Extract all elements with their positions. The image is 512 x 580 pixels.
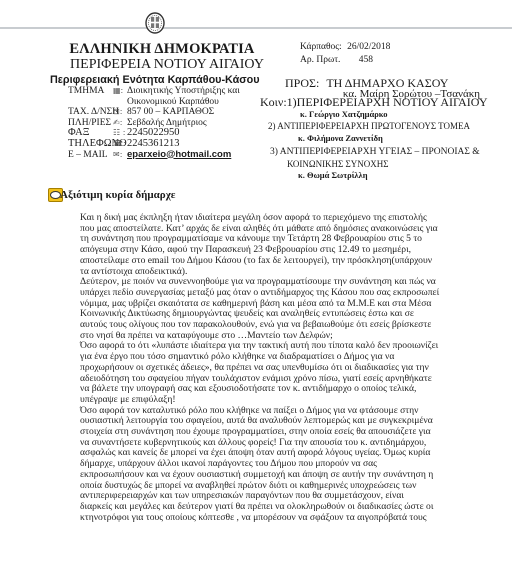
greeting-text: Αξιότιμη κυρία δήμαρχε bbox=[60, 189, 175, 201]
sender-info-row: ΤΜΗΜΑ▦:Διοικητικής Υποστήριξης και bbox=[50, 86, 260, 97]
place-label: Κάρπαθος: bbox=[300, 42, 342, 52]
pen-icon: ✍: bbox=[113, 118, 127, 129]
date-value: 26/02/2018 bbox=[347, 42, 390, 52]
info-value: Οικονομικού Καρπάθου bbox=[127, 97, 219, 108]
info-label: ΤΜΗΜΑ bbox=[50, 86, 113, 97]
cc-title-3: 3) ΑΝΤΙΠΕΡΙΦΕΡΕΙΑΡΧΗ ΥΓΕΙΑΣ – ΠΡΟΝΟΙΑΣ & bbox=[270, 147, 480, 157]
protocol-number: 458 bbox=[359, 55, 373, 65]
info-label: ΤΑΧ. Δ/ΝΣΗ bbox=[50, 107, 113, 118]
cc-title-1: 1)ΠΕΡΙΦΕΡΕΙΑΡΧΗ ΝΟΤΙΟΥ ΑΙΓΑΙΟΥ bbox=[287, 95, 488, 109]
country-heading: ΕΛΛΗΝΙΚΗ ΔΗΜΟΚΡΑΤΙΑ bbox=[62, 41, 262, 58]
date-protocol-block: Κάρπαθος: 26/02/2018 Αρ. Πρωτ. 458 bbox=[300, 42, 390, 65]
info-value: 857 00 – ΚΑΡΠΑΘΟΣ bbox=[127, 107, 214, 118]
protocol-row: Αρ. Πρωτ. 458 bbox=[300, 55, 390, 65]
cc-name-3: κ. Θωμά Σωτρίλλη bbox=[298, 170, 368, 180]
letter-line: αποστείλαμε στο email του Δήμου Κάσου (τ… bbox=[80, 256, 500, 267]
sender-info-row: ΤΗΛΕΦΩΝΟ☎:2245361213 bbox=[50, 139, 260, 150]
regional-unit: Περιφερειακή Ενότητα Καρπάθου-Κάσου bbox=[50, 74, 260, 86]
letter-line: προχωρήσουν οι σχετικές άδειες», θα πρέπ… bbox=[80, 363, 500, 374]
info-value: Διοικητικής Υποστήριξης και bbox=[127, 86, 240, 97]
sender-info-row: Οικονομικού Καρπάθου bbox=[50, 97, 260, 108]
email-link[interactable]: eparxeio@hotmail.com bbox=[127, 150, 231, 161]
cc-title-2: 2) ΑΝΤΙΠΕΡΙΦΕΡΕΙΑΡΧΗ ΠΡΩΤΟΓΕΝΟΥΣ ΤΟΜΕΑ bbox=[268, 121, 470, 131]
info-icon-spacer bbox=[113, 97, 127, 108]
letter-body: Και η δική μας έκπληξη ήταν ιδιαίτερα με… bbox=[80, 213, 500, 523]
info-label bbox=[50, 97, 113, 108]
letter-line: εκπροσωπήσουν και να έχουν ουσιαστική συ… bbox=[80, 470, 500, 481]
cc-line-1: Κοιν:1)ΠΕΡΙΦΕΡΕΙΑΡΧΗ ΝΟΤΙΟΥ ΑΙΓΑΙΟΥ bbox=[260, 96, 488, 108]
sender-block: ΕΛΛΗΝΙΚΗ ΔΗΜΟΚΡΑΤΙΑ ΠΕΡΙΦΕΡΕΙΑ ΝΟΤΙΟΥ ΑΙ… bbox=[50, 41, 260, 160]
header-rule bbox=[0, 27, 512, 29]
info-label: E – MAIL bbox=[50, 150, 113, 161]
region-heading: ΠΕΡΙΦΕΡΕΙΑ ΝΟΤΙΟΥ ΑΙΓΑΙΟΥ bbox=[62, 57, 272, 73]
cc-name-2: κ. Φιλήμονα Ζαννετίδη bbox=[298, 133, 383, 143]
envelope-icon: ✉: bbox=[113, 150, 127, 161]
sender-info: ΤΜΗΜΑ▦:Διοικητικής Υποστήριξης καιΟικονο… bbox=[50, 86, 260, 160]
greeting: Αξιότιμη κυρία δήμαρχε bbox=[48, 188, 175, 202]
info-value: 2245361213 bbox=[127, 139, 180, 150]
letter-line: κτηνοτρόφοι για τους οποίους κόπτεσθε , … bbox=[80, 513, 500, 524]
building-icon: ▦: bbox=[113, 86, 127, 97]
to-label: ΠΡΟΣ: bbox=[285, 76, 319, 90]
greek-coat-of-arms-icon bbox=[145, 12, 165, 34]
mailbox-icon: ⊡: bbox=[113, 107, 127, 118]
date-row: Κάρπαθος: 26/02/2018 bbox=[300, 42, 390, 52]
sender-info-row: E – MAIL✉:eparxeio@hotmail.com bbox=[50, 150, 260, 161]
cc-title-3-cont: ΚΟΙΝΩΝΙΚΗΣ ΣΥΝΟΧΗΣ bbox=[287, 159, 389, 169]
phone-icon: ☎: bbox=[113, 139, 127, 150]
cc-name-1: κ. Γεώργιο Χατζημάρκο bbox=[300, 109, 388, 119]
info-label: ΤΗΛΕΦΩΝΟ bbox=[50, 139, 113, 150]
cc-label: Κοιν: bbox=[260, 95, 287, 109]
protocol-label: Αρ. Πρωτ. bbox=[300, 55, 340, 65]
sender-info-row: ΤΑΧ. Δ/ΝΣΗ⊡:857 00 – ΚΑΡΠΑΘΟΣ bbox=[50, 107, 260, 118]
